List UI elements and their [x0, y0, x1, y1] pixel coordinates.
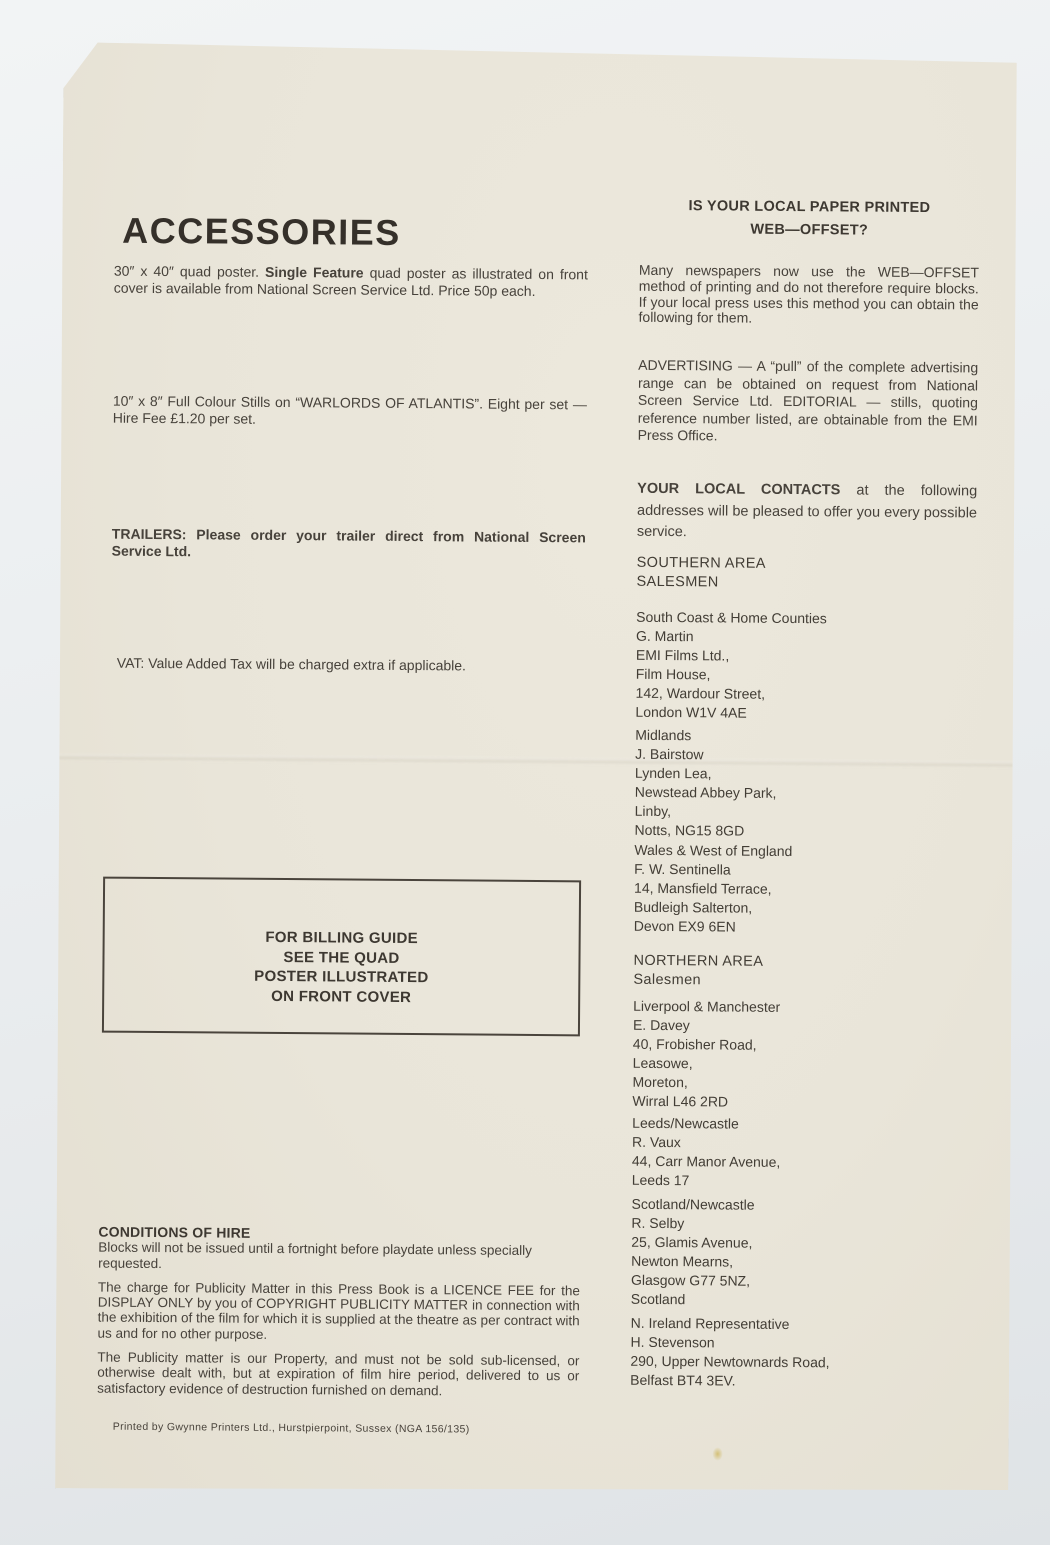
local-contacts-bold-text: YOUR LOCAL CONTACTS: [637, 481, 840, 499]
contact-leeds-newcastle: Leeds/NewcastleR. Vaux44, Carr Manor Ave…: [632, 1114, 973, 1193]
vat-paragraph: VAT: Value Added Tax will be charged ext…: [117, 655, 585, 675]
contact-line: Wirral L46 2RD: [632, 1092, 972, 1114]
contact-midlands: MidlandsJ. BairstowLynden Lea,Newstead A…: [634, 726, 975, 843]
contact-line: Scotland: [631, 1290, 971, 1312]
contact-n-ireland: N. Ireland RepresentativeH. Stevenson290…: [630, 1314, 971, 1393]
conditions-paragraph-1: Blocks will not be issued until a fortni…: [98, 1240, 580, 1274]
left-column: ACCESSORIES 30″ x 40″ quad poster. Singl…: [104, 43, 589, 1493]
southern-area-heading-line: SALESMEN: [636, 573, 976, 595]
quad-poster-paragraph: 30″ x 40″ quad poster. Single Feature qu…: [114, 263, 588, 300]
contact-line: London W1V 4AE: [635, 703, 975, 725]
advertising-paragraph: ADVERTISING — A “pull” of the complete a…: [638, 357, 979, 448]
web-offset-heading: IS YOUR LOCAL PAPER PRINTEDWEB—OFFSET?: [639, 195, 979, 244]
colour-stills-paragraph: 10″ x 8″ Full Colour Stills on “WARLORDS…: [113, 393, 587, 430]
web-offset-heading-line: WEB—OFFSET?: [639, 218, 979, 244]
contact-liverpool-manchester: Liverpool & ManchesterE. Davey40, Frobis…: [632, 997, 973, 1114]
contact-south-coast: South Coast & Home CountiesG. MartinEMI …: [635, 608, 976, 725]
contact-wales-west: Wales & West of EnglandF. W. Sentinella1…: [634, 841, 975, 939]
billing-guide-line: ON FRONT COVER: [104, 985, 578, 1008]
quad-poster-text-pre: 30″ x 40″ quad poster.: [114, 263, 265, 280]
contact-line: Devon EX9 6EN: [634, 917, 974, 939]
printer-credit-line: Printed by Gwynne Printers Ltd., Hurstpi…: [113, 1421, 579, 1437]
southern-area-heading: SOUTHERN AREASALESMEN: [636, 554, 976, 595]
single-feature-bold-text: Single Feature: [265, 264, 364, 281]
conditions-paragraph-3: The Publicity matter is our Property, an…: [97, 1350, 579, 1400]
contact-line: Newstead Abbey Park,: [635, 783, 975, 805]
web-offset-paragraph: Many newspapers now use the WEB—OFFSET m…: [638, 263, 978, 329]
contact-line: Belfast BT4 3EV.: [630, 1371, 970, 1393]
billing-guide-box: FOR BILLING GUIDESEE THE QUADPOSTER ILLU…: [102, 877, 581, 1037]
contact-line: Leeds 17: [632, 1171, 972, 1193]
contact-line: Notts, NG15 8GD: [634, 821, 974, 843]
conditions-paragraph-2: The charge for Publicity Matter in this …: [97, 1279, 579, 1344]
press-book-page: ACCESSORIES 30″ x 40″ quad poster. Singl…: [52, 42, 1019, 1495]
contact-line: Leeds/Newcastle: [632, 1114, 972, 1136]
right-column: IS YOUR LOCAL PAPER PRINTEDWEB—OFFSET? M…: [629, 47, 980, 1496]
web-offset-heading-line: IS YOUR LOCAL PAPER PRINTED: [639, 195, 979, 221]
northern-area-heading-line: Salesmen: [633, 971, 973, 993]
trailers-paragraph: TRAILERS: Please order your trailer dire…: [112, 526, 586, 563]
billing-guide-text: FOR BILLING GUIDESEE THE QUADPOSTER ILLU…: [104, 927, 579, 1009]
local-contacts-intro: YOUR LOCAL CONTACTS at the following add…: [637, 479, 977, 546]
northern-area-heading: NORTHERN AREASalesmen: [633, 952, 973, 993]
conditions-of-hire: CONDITIONS OF HIRE Blocks will not be is…: [97, 1225, 580, 1409]
page-title: ACCESSORIES: [122, 209, 401, 255]
contact-scotland-newcastle: Scotland/NewcastleR. Selby25, Glamis Ave…: [631, 1195, 972, 1312]
